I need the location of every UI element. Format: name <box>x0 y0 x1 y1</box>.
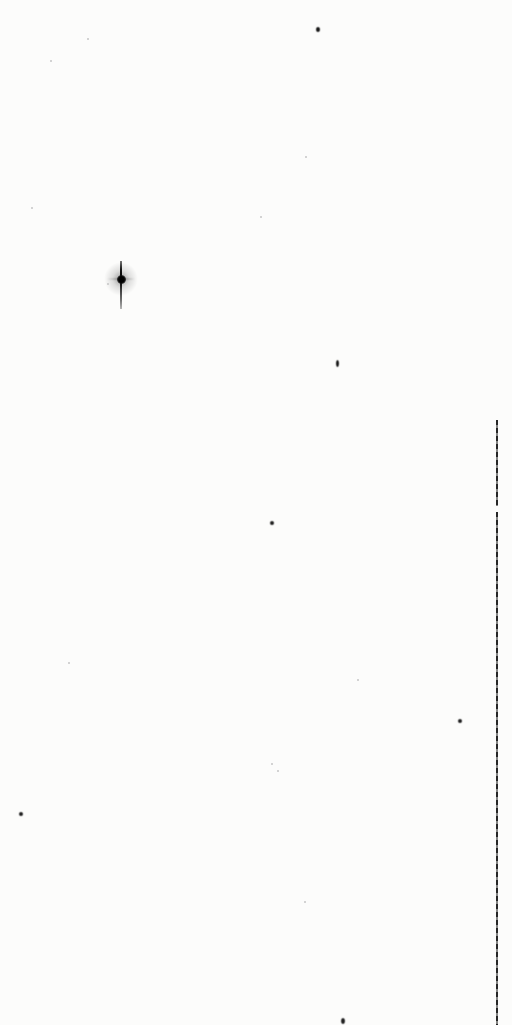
star-dot <box>458 719 462 723</box>
star-dot <box>336 360 339 367</box>
star-dot <box>341 1018 345 1024</box>
faint-speck <box>271 763 273 765</box>
faint-speck <box>50 60 52 62</box>
bright-star-spike <box>120 261 122 309</box>
faint-speck <box>31 207 33 209</box>
faint-speck <box>107 283 109 285</box>
faint-speck <box>68 662 70 664</box>
faint-speck <box>277 770 279 772</box>
astronomical-image-canvas <box>0 0 512 1025</box>
satellite-trail-segment <box>496 420 498 506</box>
faint-speck <box>260 216 262 218</box>
satellite-trail-segment <box>496 512 498 1025</box>
faint-speck <box>357 679 359 681</box>
faint-speck <box>304 901 306 903</box>
bright-star-core <box>117 275 126 284</box>
faint-speck <box>305 156 307 158</box>
star-dot <box>270 521 274 525</box>
star-dot <box>316 27 320 32</box>
star-dot <box>19 812 23 816</box>
faint-speck <box>87 38 89 40</box>
